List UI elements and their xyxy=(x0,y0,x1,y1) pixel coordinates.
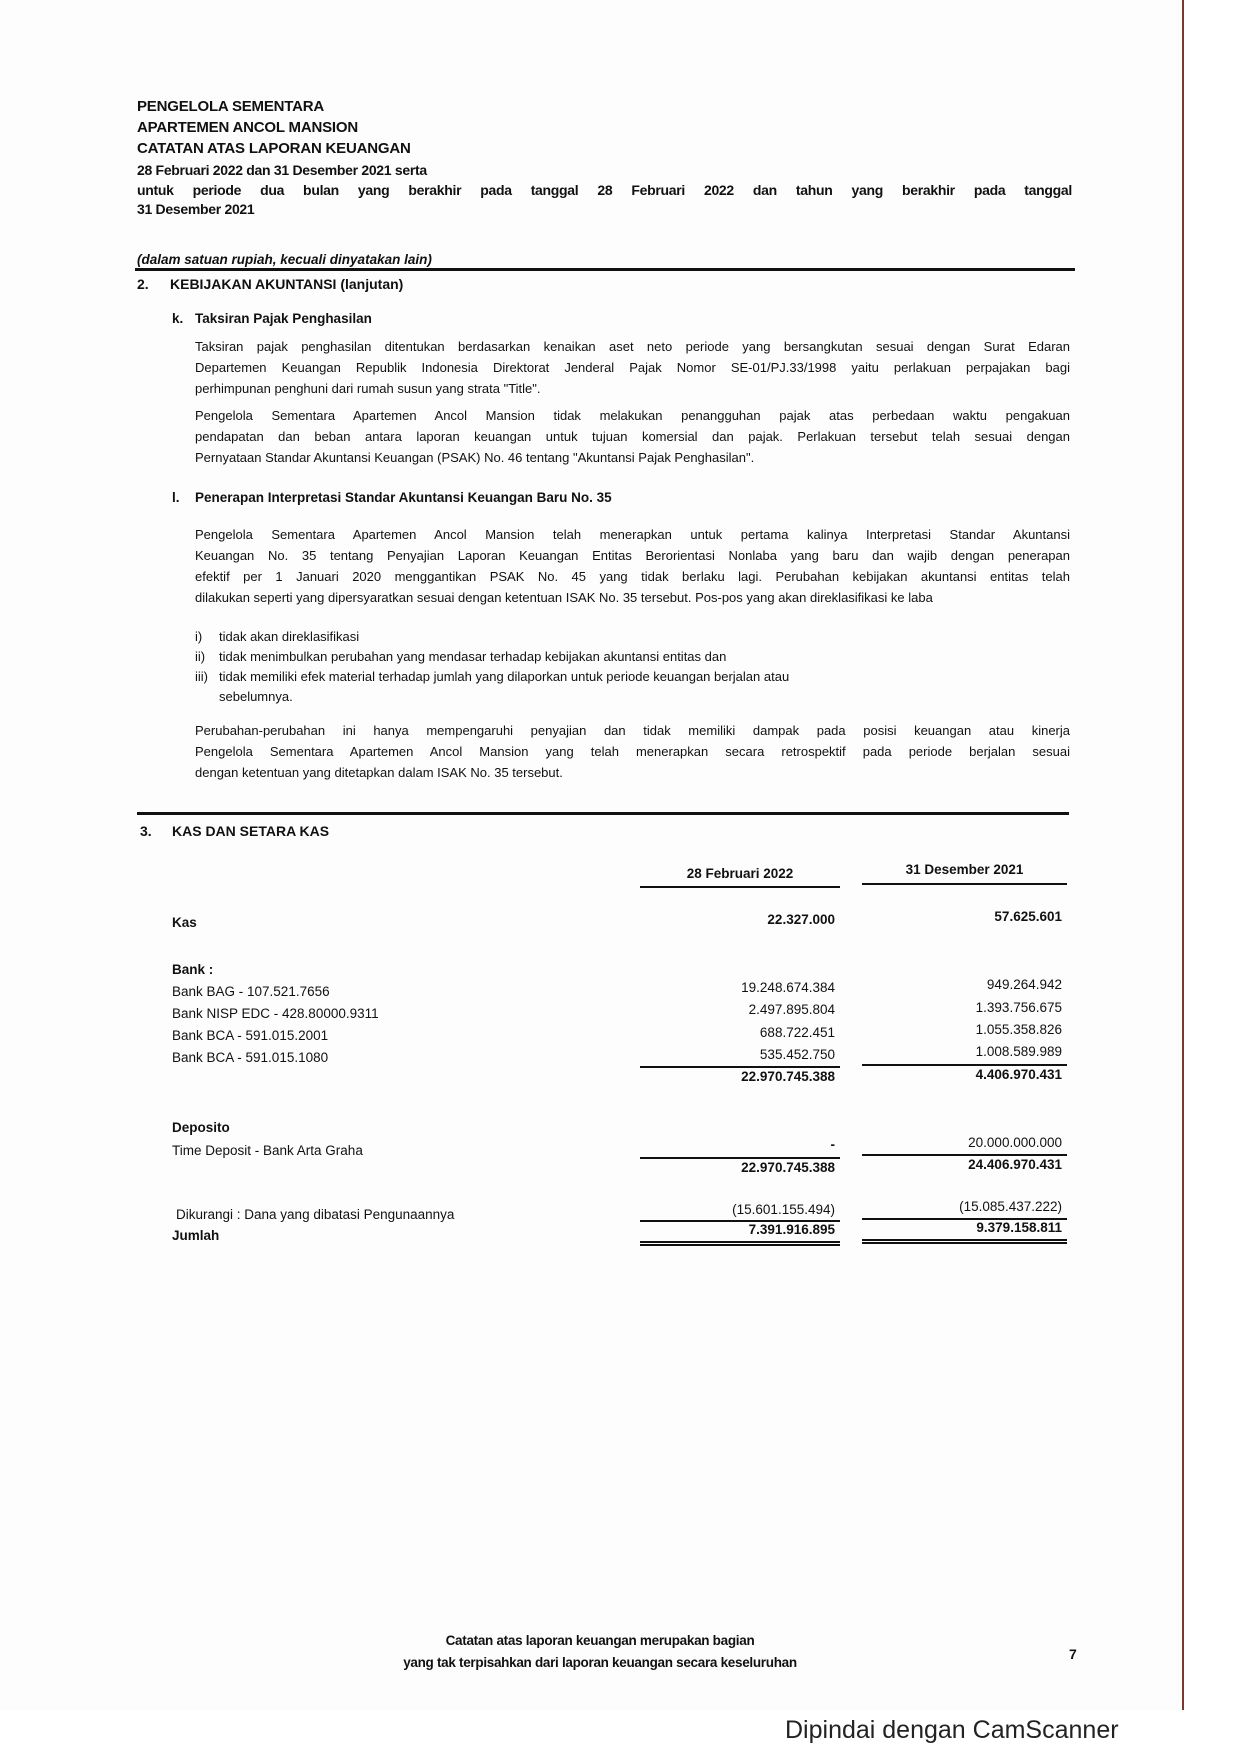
paragraph-line: pendapatan dan beban antara laporan keua… xyxy=(195,426,1070,447)
section-2-title: KEBIJAKAN AKUNTANSI (lanjutan) xyxy=(170,276,403,292)
row-label-bank: Bank BCA - 591.015.2001 xyxy=(172,1028,328,1043)
subsection-k-title: Taksiran Pajak Penghasilan xyxy=(195,311,372,326)
bank-subtotal-feb-2022: 22.970.745.388 xyxy=(640,1069,835,1084)
paragraph-line: Pengelola Sementara Apartemen Ancol Mans… xyxy=(195,405,1070,426)
total-double-underline xyxy=(862,1239,1067,1244)
restricted-value-dec-2021: (15.085.437.222) xyxy=(862,1199,1062,1214)
bank-value-dec-2021: 1.393.756.675 xyxy=(862,1000,1062,1015)
paragraph-line: Pernyataan Standar Akuntansi Keuangan (P… xyxy=(195,447,1070,468)
paragraph-line: efektif per 1 Januari 2020 menggantikan … xyxy=(195,566,1070,587)
bank-value-dec-2021: 949.264.942 xyxy=(862,977,1062,992)
paragraph-line: Pengelola Sementara Apartemen Ancol Mans… xyxy=(195,524,1070,545)
section-divider xyxy=(137,812,1069,815)
row-label-bank: Bank BAG - 107.521.7656 xyxy=(172,984,330,999)
subtotal-line xyxy=(862,1154,1067,1156)
row-label-time-deposit: Time Deposit - Bank Arta Graha xyxy=(172,1143,363,1158)
kas-value-feb-2022: 22.327.000 xyxy=(640,912,835,927)
restricted-value-feb-2022: (15.601.155.494) xyxy=(640,1202,835,1217)
paragraph-line: perhimpunan penghuni dari rumah susun ya… xyxy=(195,378,1070,399)
paragraph-line: Pengelola Sementara Apartemen Ancol Mans… xyxy=(195,741,1070,762)
subtotal-line xyxy=(640,1157,840,1159)
deposit-subtotal-dec-2021: 24.406.970.431 xyxy=(862,1157,1062,1172)
row-label-bank: Bank NISP EDC - 428.80000.9311 xyxy=(172,1006,379,1021)
paragraph-line: dilakukan seperti yang dipersyaratkan se… xyxy=(195,587,1070,608)
subsection-l-letter: l. xyxy=(172,490,180,505)
bank-value-feb-2022: 535.452.750 xyxy=(640,1047,835,1062)
bank-value-feb-2022: 688.722.451 xyxy=(640,1025,835,1040)
list-item: iii)tidak memiliki efek material terhada… xyxy=(195,667,995,687)
bank-subtotal-dec-2021: 4.406.970.431 xyxy=(862,1067,1062,1082)
bank-heading: Bank : xyxy=(172,962,213,977)
section-3-title: KAS DAN SETARA KAS xyxy=(172,823,329,839)
list-item: i)tidak akan direklasifikasi xyxy=(195,627,995,647)
header-divider xyxy=(135,268,1075,271)
paragraph-k-1: Taksiran pajak penghasilan ditentukan be… xyxy=(195,336,1070,399)
kas-value-dec-2021: 57.625.601 xyxy=(862,909,1062,924)
scanned-page: PENGELOLA SEMENTARA APARTEMEN ANCOL MANS… xyxy=(0,0,1184,1710)
paragraph-line: Keuangan No. 35 tentang Penyajian Lapora… xyxy=(195,545,1070,566)
header-period-line2: untuk periode dua bulan yang berakhir pa… xyxy=(137,182,1072,198)
page-number: 7 xyxy=(1069,1646,1077,1662)
reclassification-list: i)tidak akan direklasifikasi ii)tidak me… xyxy=(195,627,995,707)
subtotal-line xyxy=(640,1066,840,1068)
paragraph-k-2: Pengelola Sementara Apartemen Ancol Mans… xyxy=(195,405,1070,468)
list-item: sebelumnya. xyxy=(195,687,995,707)
deposit-subtotal-feb-2022: 22.970.745.388 xyxy=(640,1160,835,1175)
bank-value-dec-2021: 1.008.589.989 xyxy=(862,1044,1062,1059)
column-underline xyxy=(640,886,840,888)
deposito-heading: Deposito xyxy=(172,1120,230,1135)
subsection-l-title: Penerapan Interpretasi Standar Akuntansi… xyxy=(195,490,612,505)
row-label-bank: Bank BCA - 591.015.1080 xyxy=(172,1050,328,1065)
row-label-restricted-funds: Dikurangi : Dana yang dibatasi Pengunaan… xyxy=(176,1207,454,1222)
paragraph-line: Departemen Keuangan Republik Indonesia D… xyxy=(195,357,1070,378)
total-value-feb-2022: 7.391.916.895 xyxy=(640,1222,835,1237)
paragraph-l-2: Perubahan-perubahan ini hanya mempengaru… xyxy=(195,720,1070,783)
footer-note-line2: yang tak terpisahkan dari laporan keuang… xyxy=(380,1655,820,1670)
section-3-number: 3. xyxy=(140,823,152,839)
bank-value-feb-2022: 19.248.674.384 xyxy=(640,980,835,995)
header-entity-line2: APARTEMEN ANCOL MANSION xyxy=(137,119,358,136)
deposit-value-dec-2021: 20.000.000.000 xyxy=(862,1135,1062,1150)
header-report-title: CATATAN ATAS LAPORAN KEUANGAN xyxy=(137,140,411,157)
bank-value-feb-2022: 2.497.895.804 xyxy=(640,1002,835,1017)
paragraph-line: Perubahan-perubahan ini hanya mempengaru… xyxy=(195,720,1070,741)
column-header-dec-2021: 31 Desember 2021 xyxy=(862,862,1067,877)
column-header-feb-2022: 28 Februari 2022 xyxy=(640,866,840,881)
total-value-dec-2021: 9.379.158.811 xyxy=(862,1220,1062,1235)
footer-note-line1: Catatan atas laporan keuangan merupakan … xyxy=(380,1633,820,1648)
row-label-total: Jumlah xyxy=(172,1228,219,1243)
section-2-number: 2. xyxy=(137,276,149,292)
header-period-line1: 28 Februari 2022 dan 31 Desember 2021 se… xyxy=(137,162,427,178)
list-item: ii)tidak menimbulkan perubahan yang mend… xyxy=(195,647,995,667)
paragraph-l-1: Pengelola Sementara Apartemen Ancol Mans… xyxy=(195,524,1070,608)
paragraph-line: dengan ketentuan yang ditetapkan dalam I… xyxy=(195,762,1070,783)
camscanner-watermark: Dipindai dengan CamScanner xyxy=(785,1716,1119,1745)
subsection-k-letter: k. xyxy=(172,311,183,326)
paragraph-line: Taksiran pajak penghasilan ditentukan be… xyxy=(195,336,1070,357)
unit-note: (dalam satuan rupiah, kecuali dinyatakan… xyxy=(137,252,432,267)
subtotal-line xyxy=(862,1064,1067,1066)
column-underline xyxy=(862,883,1067,885)
header-period-line3: 31 Desember 2021 xyxy=(137,201,254,217)
header-entity-line1: PENGELOLA SEMENTARA xyxy=(137,98,324,115)
total-double-underline xyxy=(640,1241,840,1246)
bank-value-dec-2021: 1.055.358.826 xyxy=(862,1022,1062,1037)
deposit-value-feb-2022: - xyxy=(640,1137,835,1152)
row-label-kas: Kas xyxy=(172,915,197,930)
